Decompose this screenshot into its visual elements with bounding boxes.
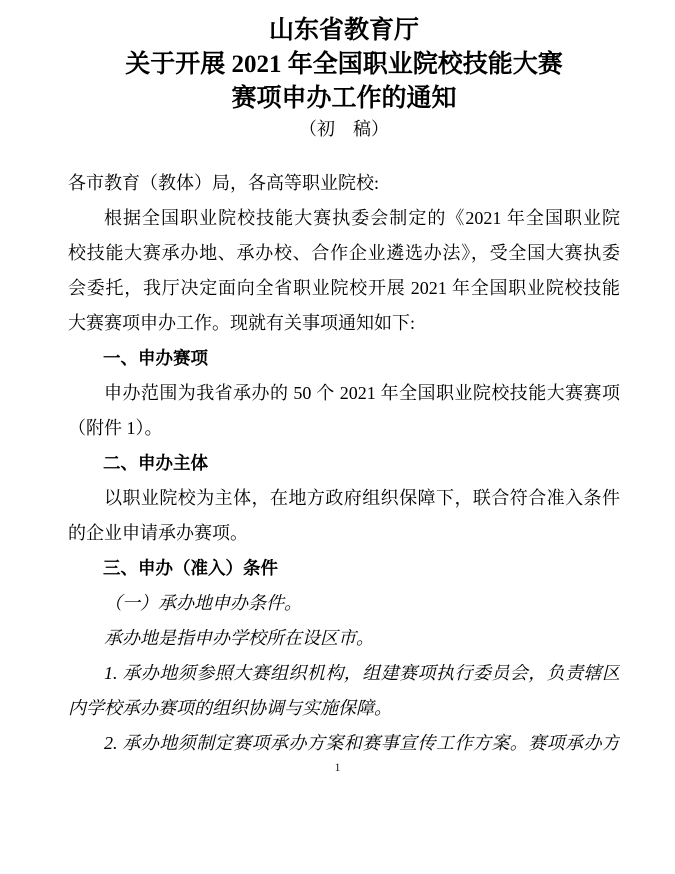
paragraph-line: 内学校承办赛项的组织协调与实施保障。 [68,691,620,726]
paragraph-line: 申办范围为我省承办的 50 个 2021 年全国职业院校技能大赛赛项 [68,376,620,411]
section-heading-1: 一、申办赛项 [68,341,620,376]
paragraph-line: 承办地是指申办学校所在设区市。 [68,621,620,656]
paragraph-line: （附件 1）。 [68,411,620,446]
document-page: 山东省教育厅 关于开展 2021 年全国职业院校技能大赛 赛项申办工作的通知 （… [0,0,675,874]
paragraph-line: 1. 承办地须参照大赛组织机构，组建赛项执行委员会，负责辖区 [68,656,620,691]
section-heading-3: 三、申办（准入）条件 [68,551,620,586]
title-line-2: 关于开展 2021 年全国职业院校技能大赛 [68,48,620,82]
paragraph-line: 2. 承办地须制定赛项承办方案和赛事宣传工作方案。赛项承办方 [68,726,620,761]
paragraph-line: 根据全国职业院校技能大赛执委会制定的《2021 年全国职业院 [68,201,620,236]
paragraph-line: 大赛赛项申办工作。现就有关事项通知如下: [68,306,620,341]
paragraph-line: 的企业申请承办赛项。 [68,516,620,551]
paragraph-line: 以职业院校为主体，在地方政府组织保障下，联合符合准入条件 [68,481,620,516]
document-title: 山东省教育厅 关于开展 2021 年全国职业院校技能大赛 赛项申办工作的通知 [68,14,620,116]
section-heading-2: 二、申办主体 [68,446,620,481]
paragraph-line: 校技能大赛承办地、承办校、合作企业遴选办法》，受全国大赛执委 [68,236,620,271]
page-number: 1 [0,758,675,776]
salutation-line: 各市教育（教体）局，各高等职业院校: [68,166,620,201]
document-subtitle: （初 稿） [68,116,620,142]
title-line-3: 赛项申办工作的通知 [68,82,620,116]
document-body: 各市教育（教体）局，各高等职业院校: 根据全国职业院校技能大赛执委会制定的《20… [68,166,620,761]
subsection-heading: （一）承办地申办条件。 [68,586,620,621]
paragraph-line: 会委托，我厅决定面向全省职业院校开展 2021 年全国职业院校技能 [68,271,620,306]
title-line-1: 山东省教育厅 [68,14,620,48]
